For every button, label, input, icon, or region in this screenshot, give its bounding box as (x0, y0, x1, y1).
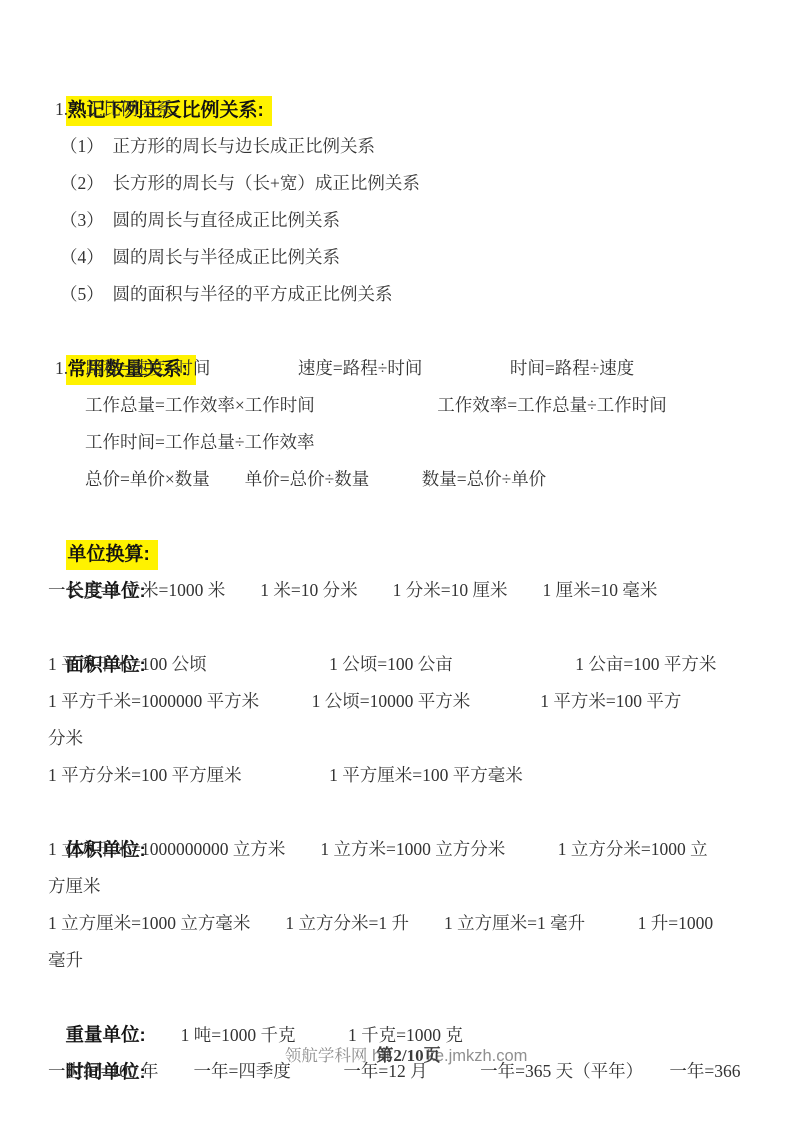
text-line: 工作时间=工作总量÷工作效率 (48, 424, 750, 461)
text-line: 分米 (48, 720, 750, 757)
volume-units-label-row: 体积单位: (48, 794, 750, 831)
page-number: 第2/10页 (376, 1046, 440, 1065)
text-line: （2） 长方形的周长与（长+宽）成正比例关系 (48, 165, 750, 202)
text-line: （1） 正方形的周长与边长成正比例关系 (48, 128, 750, 165)
text-line: 毫升 (48, 942, 750, 979)
text-line: 1 平方分米=100 平方厘米 1 平方厘米=100 平方毫米 (48, 757, 750, 794)
area-units-label-row: 面积单位: (48, 609, 750, 646)
text-line: 工作总量=工作效率×工作时间 工作效率=工作总量÷工作时间 (48, 387, 750, 424)
document-page: 熟记下列正反比例关系: 1. 正比例关系: （1） 正方形的周长与边长成正比例关… (0, 0, 794, 1122)
text-line: 1 平方千米=1000000 平方米 1 公顷=10000 平方米 1 平方米=… (48, 683, 750, 720)
watermark-right: ke.jmkzh.com (427, 1047, 528, 1065)
text-line: （3） 圆的周长与直径成正比例关系 (48, 202, 750, 239)
highlighted-heading-units: 单位换算: (66, 540, 158, 570)
watermark-left: 领航学科网 htt (285, 1047, 390, 1065)
text-line: 方厘米 (48, 868, 750, 905)
text-line: 一公里=1 千米=1000 米 1 米=10 分米 1 分米=10 厘米 1 厘… (48, 572, 750, 609)
text-line: 1. 路程=速度×时间 速度=路程÷时间 时间=路程÷速度 (48, 350, 750, 387)
text-line: 1 平方千米=100 公顷 1 公顷=100 公亩 1 公亩=100 平方米 (48, 646, 750, 683)
section-proportion-title-row: 熟记下列正反比例关系: (48, 54, 750, 91)
text-line: （4） 圆的周长与半径成正比例关系 (48, 239, 750, 276)
text-line: 1. 正比例关系: (48, 91, 750, 128)
text-line: 1 立方千米=1000000000 立方米 1 立方米=1000 立方分米 1 … (48, 831, 750, 868)
text-line: 1 立方厘米=1000 立方毫米 1 立方分米=1 升 1 立方厘米=1 毫升 … (48, 905, 750, 942)
weight-units-row: 重量单位: 1 吨=1000 千克 1 千克=1000 克 (48, 979, 750, 1016)
text-line: 总价=单价×数量 单价=总价÷数量 数量=总价÷单价 (48, 461, 750, 498)
text-line: （5） 圆的面积与半径的平方成正比例关系 (48, 276, 750, 313)
section-quantity-title-row: 常用数量关系: (48, 313, 750, 350)
section-units-title-row: 单位换算: (48, 498, 750, 535)
page-footer: 领航学科网 htt第2/10页ke.jmkzh.com (0, 1020, 794, 1092)
